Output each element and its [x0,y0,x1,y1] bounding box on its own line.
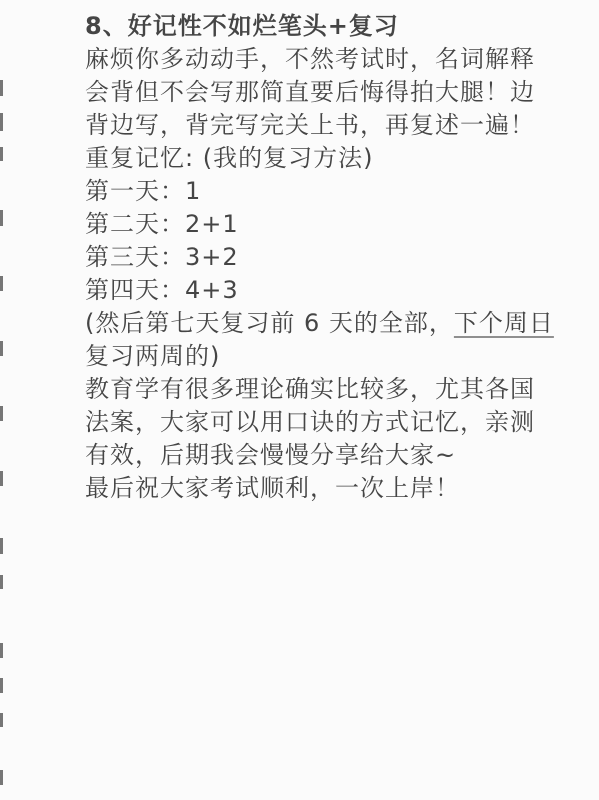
edge-artifact [0,406,3,421]
edge-artifact [0,678,3,693]
text-line: 第二天：2+1 [85,208,559,241]
schedule-day-3: 第三天：3+2 [85,241,559,274]
edge-artifact [0,770,3,785]
schedule-day-2: 第二天：2+1 [85,208,559,241]
schedule-day-1: 第一天：1 [85,175,559,208]
text-line: 重复记忆: (我的复习方法) [85,142,559,175]
edge-artifact [0,575,3,589]
text-line: 麻烦你多动动手，不然考试时，名词解释 [85,43,559,76]
edge-artifact [0,210,3,226]
edge-artifact [0,113,3,131]
paragraph-theory-tip: 教育学有很多理论确实比较多，尤其各国 法案，大家可以用口诀的方式记忆，亲测 有效… [85,373,559,472]
text-line: 第一天：1 [85,175,559,208]
schedule-day-4: 第四天：4+3 [85,274,559,307]
paragraph-practice-advice: 麻烦你多动动手，不然考试时，名词解释 会背但不会写那简直要后悔得拍大腿！边 背边… [85,43,559,142]
text-line: 教育学有很多理论确实比较多，尤其各国 [85,373,559,406]
screenshot-page: { "colors": { "background": "#fbfbfb", "… [0,0,599,800]
text-line: 背边写，背完写完关上书，再复述一遍！ [85,109,559,142]
text-line: 有效，后期我会慢慢分享给大家~ [85,439,559,472]
text-line: 法案，大家可以用口诀的方式记忆，亲测 [85,406,559,439]
edge-artifact [0,643,3,658]
edge-artifact [0,147,3,161]
parenthetical-note: (然后第七天复习前 6 天的全部，下个周日 复习两周的) [85,307,559,373]
text-line: 第三天：3+2 [85,241,559,274]
edge-artifact [0,471,3,486]
method-intro: 重复记忆: (我的复习方法) [85,142,559,175]
note-text: (然后第七天复习前 6 天的全部， [85,309,454,337]
text-line: (然后第七天复习前 6 天的全部，下个周日 [85,307,559,340]
text-line: 最后祝大家考试顺利，一次上岸！ [85,472,559,505]
closing-wish: 最后祝大家考试顺利，一次上岸！ [85,472,559,505]
edge-artifact [0,80,3,96]
edge-artifact [0,713,3,727]
edge-artifact [0,538,3,554]
text-line: 会背但不会写那简直要后悔得拍大腿！边 [85,76,559,109]
text-line: 第四天：4+3 [85,274,559,307]
underlined-text: 下个周日 [454,309,554,337]
section-heading: 8、好记性不如烂笔头+复习 [85,10,559,43]
article-body: 8、好记性不如烂笔头+复习 麻烦你多动动手，不然考试时，名词解释 会背但不会写那… [0,0,599,505]
edge-artifact [0,341,3,356]
edge-artifact [0,276,3,291]
text-line: 复习两周的) [85,340,559,373]
